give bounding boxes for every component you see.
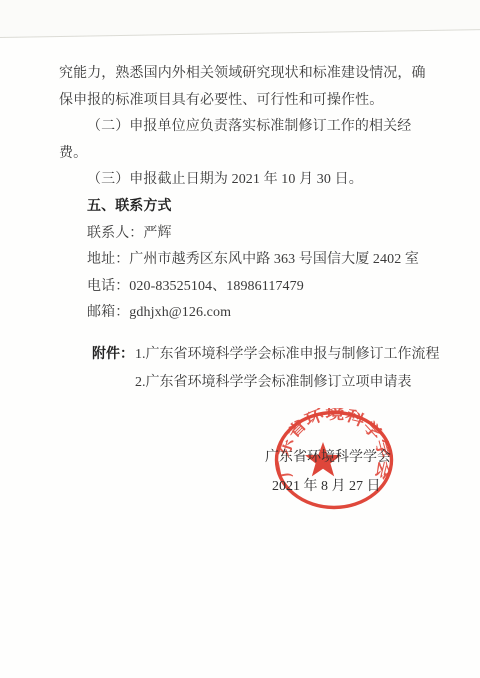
contact-address-line: 地址：广州市越秀区东风中路 363 号国信大厦 2402 室 [59,247,434,274]
signature-org: 广东省环境科学学会 [265,446,391,466]
body-line: 保申报的标准项目具有必要性、可行性和可操作性。 [59,88,434,115]
body-line: （二）申报单位应负责落实标准制修订工作的相关经 [59,114,434,141]
attachment-block: 附件： 1.广东省环境科学学会标准申报与制修订工作流程 2.广东省环境科学学会标… [92,341,440,397]
attachment-label: 附件： [92,341,134,369]
document-body: 究能力，熟悉国内外相关领域研究现状和标准建设情况，确 保申报的标准项目具有必要性… [59,61,434,327]
contact-person-line: 联系人：严辉 [59,221,434,248]
scan-edge-artifact [0,0,480,38]
body-line: 费。 [59,141,434,168]
document-page: 究能力，熟悉国内外相关领域研究现状和标准建设情况，确 保申报的标准项目具有必要性… [0,0,480,678]
contact-email-line: 邮箱：gdhjxh@126.com [59,300,434,327]
body-line: 究能力，熟悉国内外相关领域研究现状和标准建设情况，确 [59,61,434,88]
attachment-item: 2.广东省环境科学学会标准制修订立项申请表 [135,369,440,397]
attachment-items: 1.广东省环境科学学会标准申报与制修订工作流程 2.广东省环境科学学会标准制修订… [135,341,440,397]
contact-phone-line: 电话：020-83525104、18986117479 [59,274,434,301]
body-line: （三）申报截止日期为 2021 年 10 月 30 日。 [59,167,434,194]
signature-date: 2021 年 8 月 27 日 [272,475,381,495]
section-heading-contact: 五、联系方式 [59,194,434,221]
attachment-item: 1.广东省环境科学学会标准申报与制修订工作流程 [135,341,440,369]
